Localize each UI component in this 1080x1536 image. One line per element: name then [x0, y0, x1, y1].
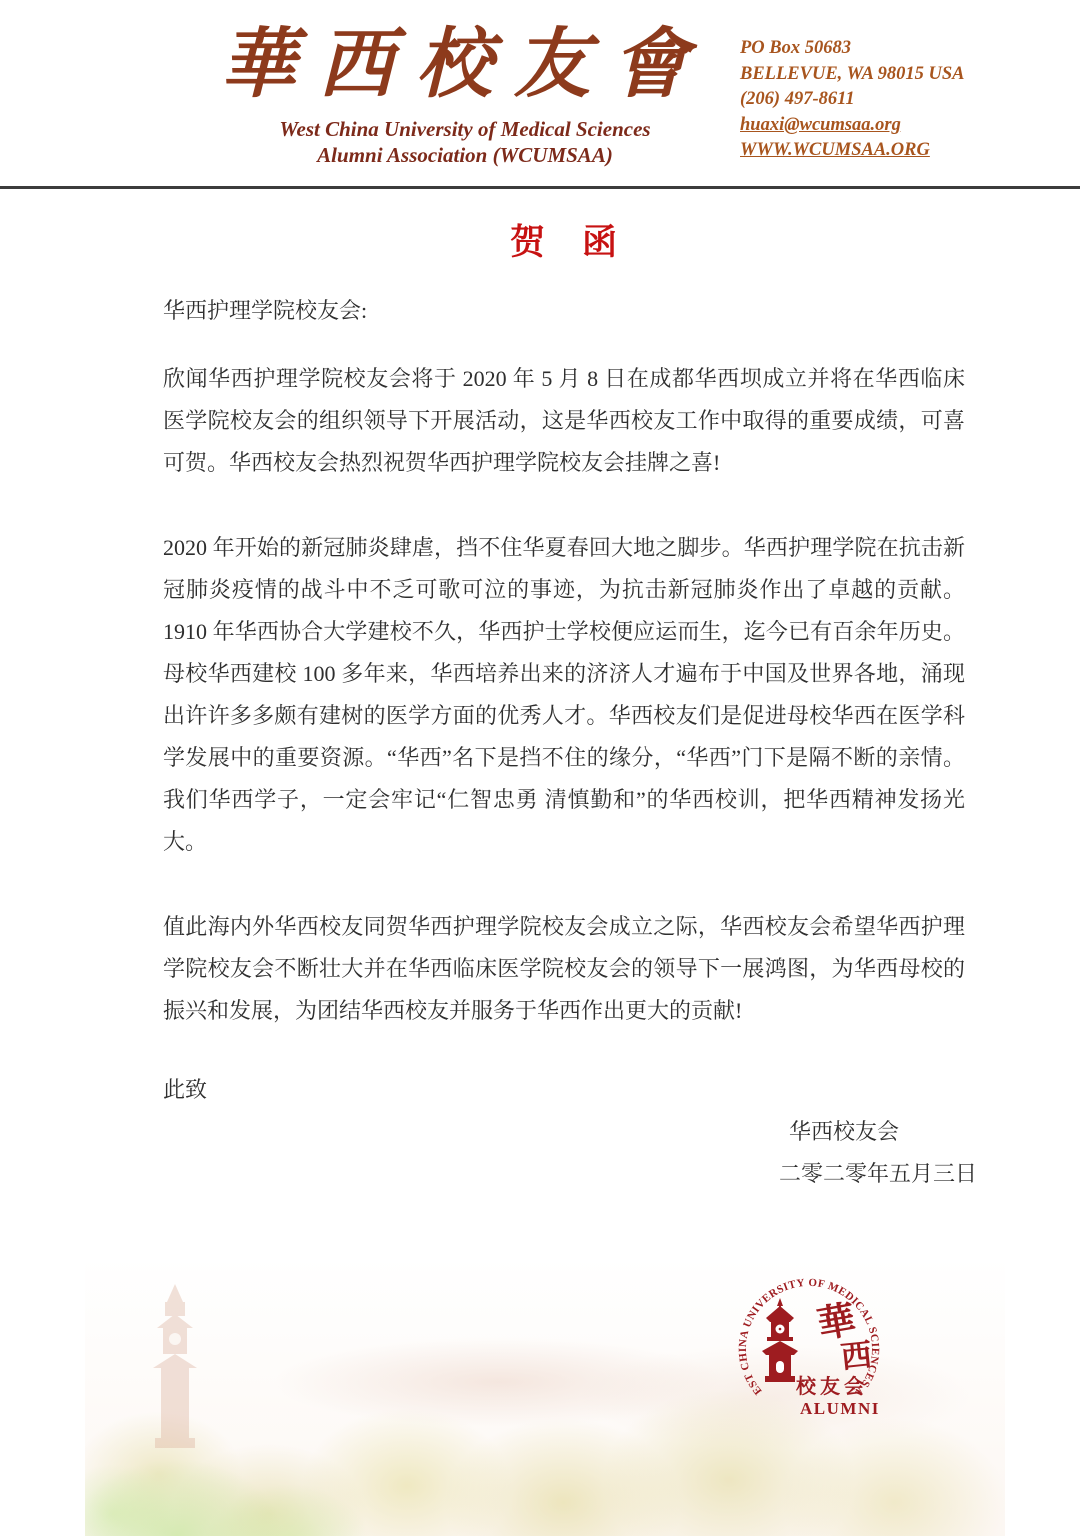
letter-paragraph: 2020 年开始的新冠肺炎肆虐，挡不住华夏春回大地之脚步。华西护理学院在抗击新冠…	[163, 527, 965, 863]
contact-block: PO Box 50683 BELLEVUE, WA 98015 USA (206…	[740, 36, 1050, 164]
seal-calligraphy-xi: 西	[839, 1337, 873, 1375]
org-logo-block: 華西校友會 West China University of Medical S…	[175, 14, 755, 168]
letter-body: 贺 函 华西护理学院校友会: 欣闻华西护理学院校友会将于 2020 年 5 月 …	[163, 190, 965, 1195]
org-name-line1: West China University of Medical Science…	[175, 116, 755, 142]
contact-city: BELLEVUE, WA 98015 USA	[740, 62, 1050, 88]
org-name-line2: Alumni Association (WCUMSAA)	[175, 142, 755, 168]
letter-closing: 此致	[163, 1069, 965, 1111]
seal-label-en: ALUMNI	[800, 1399, 880, 1418]
org-calligraphy-logo: 華西校友會	[175, 14, 755, 116]
letterhead: 華西校友會 West China University of Medical S…	[0, 0, 1080, 187]
signature-date: 二零二零年五月三日	[163, 1153, 977, 1195]
letter-paragraph: 欣闻华西护理学院校友会将于 2020 年 5 月 8 日在成都华西坝成立并将在华…	[163, 358, 965, 484]
letter-title: 贺 函	[163, 220, 965, 266]
seal-label-cn: 校友会	[795, 1374, 868, 1398]
header-divider	[0, 186, 1080, 189]
seal-tower-icon	[762, 1298, 798, 1382]
contact-po-box: PO Box 50683	[740, 36, 1050, 62]
letter-page: 華西校友會 West China University of Medical S…	[0, 0, 1080, 1536]
contact-email-link: huaxi@wcumsaa.org	[740, 113, 1050, 139]
alumni-seal: WEST CHINA UNIVERSITY OF MEDICAL SCIENCE…	[728, 1268, 890, 1430]
letter-paragraph: 值此海内外华西校友同贺华西护理学院校友会成立之际，华西校友会希望华西护理学院校友…	[163, 906, 965, 1032]
campus-tower-silhouette	[143, 1284, 207, 1464]
contact-website-link: WWW.WCUMSAA.ORG	[740, 138, 1050, 164]
contact-phone: (206) 497-8611	[740, 87, 1050, 113]
letter-salutation: 华西护理学院校友会:	[163, 290, 965, 332]
signature-org-name: 华西校友会	[163, 1111, 965, 1153]
